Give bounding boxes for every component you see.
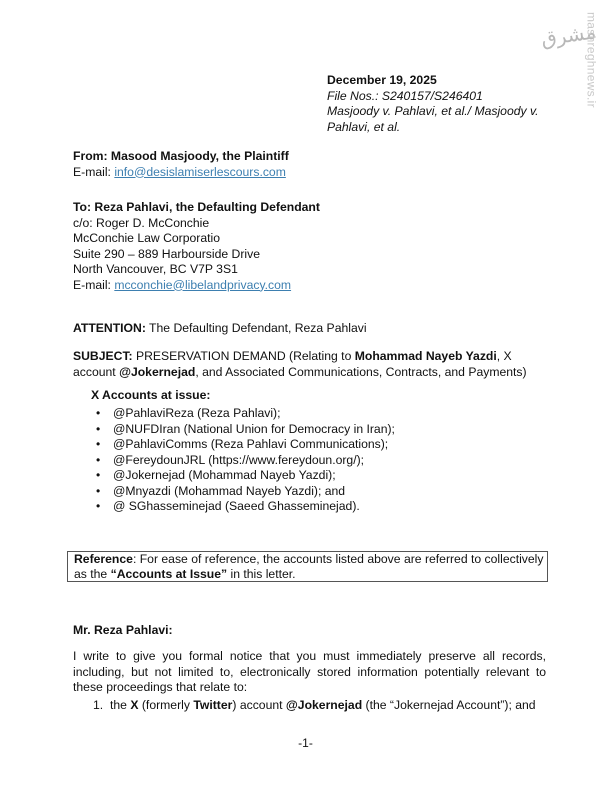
bullet-icon: • [96, 499, 100, 515]
reference-term: “Accounts at Issue” [111, 567, 228, 581]
recipient-label: To: Reza Pahlavi, the Defaulting Defenda… [73, 200, 320, 216]
sender-email-link[interactable]: info@desislamiserlescours.com [114, 165, 286, 179]
accounts-heading: X Accounts at issue: [91, 388, 210, 404]
reference-text: in this letter. [227, 567, 295, 581]
subject-text: , and Associated Communications, Contrac… [195, 365, 526, 379]
account-text: @FereydounJRL (https://www.fereydoun.org… [113, 453, 364, 467]
accounts-list: •@PahlaviReza (Reza Pahlavi); •@NUFDIran… [91, 406, 395, 515]
item-text: (formerly [138, 698, 193, 712]
bullet-icon: • [96, 406, 100, 422]
bullet-icon: • [96, 484, 100, 500]
account-list-item: •@PahlaviReza (Reza Pahlavi); [91, 406, 395, 422]
attention-line: ATTENTION: The Defaulting Defendant, Rez… [73, 321, 367, 337]
salutation: Mr. Reza Pahlavi: [73, 623, 173, 639]
subject-line: SUBJECT: PRESERVATION DEMAND (Relating t… [73, 349, 553, 380]
item-text: the [110, 698, 130, 712]
page-number: -1- [0, 736, 611, 752]
account-text: @PahlaviComms (Reza Pahlavi Communicatio… [113, 437, 388, 451]
attention-text: The Defaulting Defendant, Reza Pahlavi [146, 321, 367, 335]
bullet-icon: • [96, 422, 100, 438]
account-text: @Jokernejad (Mohammad Nayeb Yazdi); [113, 468, 336, 482]
letter-header: December 19, 2025 File Nos.: S240157/S24… [327, 73, 577, 135]
subject-handle: @Jokernejad [119, 365, 195, 379]
case-name-line-2: Pahlavi, et al. [327, 120, 577, 136]
bullet-icon: • [96, 437, 100, 453]
item-bold-text: @Jokernejad [286, 698, 362, 712]
recipient-email-line: E-mail: mcconchie@libelandprivacy.com [73, 278, 320, 294]
file-numbers: File Nos.: S240157/S246401 [327, 89, 577, 105]
item-text: ) account [232, 698, 286, 712]
bullet-icon: • [96, 468, 100, 484]
item-bold-text: Twitter [193, 698, 232, 712]
account-text: @Mnyazdi (Mohammad Nayeb Yazdi); and [113, 484, 345, 498]
account-text: @ SGhasseminejad (Saeed Ghasseminejad). [113, 499, 360, 513]
subject-person-name: Mohammad Nayeb Yazdi [355, 349, 497, 363]
account-text: @PahlaviReza (Reza Pahlavi); [113, 406, 281, 420]
list-number: 1. [93, 698, 110, 714]
attention-label: ATTENTION: [73, 321, 146, 335]
case-name-line-1: Masjoody v. Pahlavi, et al./ Masjoody v. [327, 104, 577, 120]
body-paragraph: I write to give you formal notice that y… [73, 649, 546, 696]
letter-date: December 19, 2025 [327, 73, 577, 89]
recipient-email-link[interactable]: mcconchie@libelandprivacy.com [114, 278, 291, 292]
account-list-item: •@FereydounJRL (https://www.fereydoun.or… [91, 453, 395, 469]
recipient-block: To: Reza Pahlavi, the Defaulting Defenda… [73, 200, 320, 293]
watermark-site-text: mashreghnews.ir [583, 12, 599, 108]
reference-box: Reference: For ease of reference, the ac… [67, 551, 548, 582]
bullet-icon: • [96, 453, 100, 469]
item-text: (the “Jokernejad Account”); and [362, 698, 535, 712]
account-list-item: •@Jokernejad (Mohammad Nayeb Yazdi); [91, 468, 395, 484]
account-text: @NUFDIran (National Union for Democracy … [113, 422, 395, 436]
sender-label: From: Masood Masjoody, the Plaintiff [73, 149, 289, 165]
recipient-address-line: North Vancouver, BC V7P 3S1 [73, 262, 320, 278]
reference-label: Reference [74, 552, 133, 566]
numbered-list-item: 1.the X (formerly Twitter) account @Joke… [93, 698, 536, 714]
sender-email-line: E-mail: info@desislamiserlescours.com [73, 165, 289, 181]
subject-text: PRESERVATION DEMAND (Relating to [133, 349, 355, 363]
subject-label: SUBJECT: [73, 349, 133, 363]
recipient-address-line: Suite 290 – 889 Harbourside Drive [73, 247, 320, 263]
recipient-email-label: E-mail: [73, 278, 114, 292]
recipient-address-line: McConchie Law Corporatio [73, 231, 320, 247]
account-list-item: •@PahlaviComms (Reza Pahlavi Communicati… [91, 437, 395, 453]
account-list-item: •@Mnyazdi (Mohammad Nayeb Yazdi); and [91, 484, 395, 500]
account-list-item: •@ SGhasseminejad (Saeed Ghasseminejad). [91, 499, 395, 515]
account-list-item: •@NUFDIran (National Union for Democracy… [91, 422, 395, 438]
sender-email-label: E-mail: [73, 165, 114, 179]
recipient-address-line: c/o: Roger D. McConchie [73, 216, 320, 232]
sender-block: From: Masood Masjoody, the Plaintiff E-m… [73, 149, 289, 180]
